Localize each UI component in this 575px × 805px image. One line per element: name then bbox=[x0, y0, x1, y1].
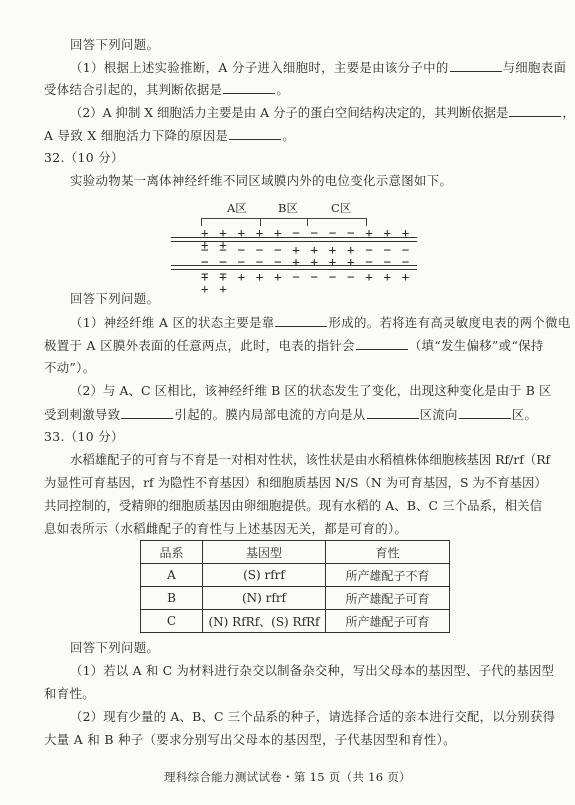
answer-blank[interactable] bbox=[450, 59, 502, 72]
question-32-2-line1: （2）与 A、C 区相比，该神经纤维 B 区的状态发生了变化，出现这种变化是由于… bbox=[70, 383, 554, 399]
answer-heading: 回答下列问题。 bbox=[70, 37, 554, 53]
exam-page: 回答下列问题。 （1）根据上述实验推断，A 分子进入细胞时，主要是由该分子中的与… bbox=[0, 0, 575, 805]
question-32-2-line2: 受到刺激导致引起的。膜内局部电流的方向是从区流向区。 bbox=[44, 406, 554, 423]
nerve-fiber-diagram: A区 B区 C区 + + + + + − − − − + + + + + − −… bbox=[165, 200, 420, 280]
text: 受体结合引起的，其判断依据是 bbox=[44, 82, 222, 97]
zone-b-label: B区 bbox=[278, 200, 298, 216]
text: 与细胞表面 bbox=[503, 60, 567, 75]
text: A 导致 X 细胞活力下降的原因是 bbox=[44, 128, 228, 143]
cell-fertility: 所产雄配子可育 bbox=[326, 610, 450, 633]
answer-blank[interactable] bbox=[509, 104, 561, 117]
text: 极置于 A 区膜外表面的任意两点，此时，电表的指针会 bbox=[44, 338, 355, 353]
question-33-2-line2: 大量 A 和 B 种子（要求分别写出父母本的基因型，子代基因型和育性）。 bbox=[44, 732, 554, 748]
answer-blank[interactable] bbox=[121, 406, 173, 419]
table-row: B (N) rfrf 所产雄配子可育 bbox=[141, 587, 450, 610]
question-32-number: 32.（10 分） bbox=[44, 150, 554, 166]
cell-genotype: (N) RfRf、(S) RfRf bbox=[203, 610, 326, 633]
question-31-2-line2: A 导致 X 细胞活力下降的原因是。 bbox=[44, 127, 554, 144]
cell-strain: B bbox=[141, 587, 203, 610]
text: ， bbox=[562, 105, 574, 120]
text: 受到刺激导致 bbox=[44, 407, 120, 422]
answer-blank[interactable] bbox=[459, 406, 511, 419]
answer-heading: 回答下列问题。 bbox=[70, 291, 554, 307]
cell-genotype: (S) rfrf bbox=[203, 564, 326, 587]
text: （2）A 抑制 X 细胞活力主要是由 A 分子的蛋白空间结构决定的，其判断依据是 bbox=[70, 105, 508, 120]
answer-blank[interactable] bbox=[223, 81, 275, 94]
question-33-1-line2: 和育性。 bbox=[44, 686, 554, 702]
page-footer: 理科综合能力测试试卷・第 15 页（共 16 页） bbox=[0, 769, 575, 785]
header-fertility: 育性 bbox=[326, 541, 450, 564]
question-32-1-line1: （1）神经纤维 A 区的状态主要是靠形成的。若将连有高灵敏度电表的两个微电 bbox=[70, 314, 554, 331]
header-strain: 品系 bbox=[141, 541, 203, 564]
text: 区。 bbox=[512, 407, 537, 422]
zone-a-label: A区 bbox=[227, 200, 247, 216]
table-row: A (S) rfrf 所产雄配子不育 bbox=[141, 564, 450, 587]
text: （1）根据上述实验推断，A 分子进入细胞时，主要是由该分子中的 bbox=[70, 60, 449, 75]
answer-heading: 回答下列问题。 bbox=[70, 640, 554, 656]
table-row: C (N) RfRf、(S) RfRf 所产雄配子可育 bbox=[141, 610, 450, 633]
text: 形成的。若将连有高灵敏度电表的两个微电 bbox=[328, 315, 570, 330]
question-33-para-line4: 息如表所示（水稻雌配子的育性与上述基因无关，都是可育的）。 bbox=[44, 521, 554, 537]
cell-fertility: 所产雄配子可育 bbox=[326, 587, 450, 610]
text: （1）神经纤维 A 区的状态主要是靠 bbox=[70, 315, 274, 330]
header-genotype: 基因型 bbox=[203, 541, 326, 564]
answer-blank[interactable] bbox=[356, 337, 408, 350]
answer-blank[interactable] bbox=[367, 406, 419, 419]
text: 。 bbox=[276, 82, 289, 97]
cell-strain: C bbox=[141, 610, 203, 633]
text: 。 bbox=[282, 128, 295, 143]
answer-blank[interactable] bbox=[275, 314, 327, 327]
cell-genotype: (N) rfrf bbox=[203, 587, 326, 610]
question-32-1-line3: 不动”）。 bbox=[44, 360, 554, 376]
question-33-para-line3: 共同控制的，受精卵的细胞质基因由卵细胞提供。现有水稻的 A、B、C 三个品系，相… bbox=[44, 498, 554, 514]
genotype-table: 品系 基因型 育性 A (S) rfrf 所产雄配子不育 B (N) rfrf … bbox=[140, 540, 450, 633]
cell-strain: A bbox=[141, 564, 203, 587]
question-33-para-line1: 水稻雄配子的可育与不育是一对相对性状，该性状是由水稻植株体细胞核基因 Rf/rf… bbox=[70, 452, 554, 468]
text: 引起的。膜内局部电流的方向是从 bbox=[174, 407, 365, 422]
answer-blank[interactable] bbox=[229, 127, 281, 140]
text: 区流向 bbox=[420, 407, 458, 422]
question-33-number: 33.（10 分） bbox=[44, 429, 554, 445]
question-33-1-line1: （1）若以 A 和 C 为材料进行杂交以制备杂交种，写出父母本的基因型、子代的基… bbox=[70, 663, 554, 679]
question-33-para-line2: 为显性可育基因，rf 为隐性不育基因）和细胞质基因 N/S（N 为可育基因，S … bbox=[44, 475, 554, 491]
question-32-1-line2: 极置于 A 区膜外表面的任意两点，此时，电表的指针会（填“发生偏移”或“保持 bbox=[44, 337, 554, 354]
question-32-intro: 实验动物某一离体神经纤维不同区域膜内外的电位变化示意图如下。 bbox=[70, 173, 554, 189]
text: （填“发生偏移”或“保持 bbox=[409, 338, 544, 353]
cell-fertility: 所产雄配子不育 bbox=[326, 564, 450, 587]
question-31-2-line1: （2）A 抑制 X 细胞活力主要是由 A 分子的蛋白空间结构决定的，其判断依据是… bbox=[70, 104, 554, 121]
zone-c-label: C区 bbox=[331, 200, 351, 216]
table-header-row: 品系 基因型 育性 bbox=[141, 541, 450, 564]
question-31-1-line2: 受体结合引起的，其判断依据是。 bbox=[44, 81, 554, 98]
question-33-2-line1: （2）现有少量的 A、B、C 三个品系的种子，请选择合适的亲本进行交配，以分别获… bbox=[70, 709, 554, 725]
question-31-1-line1: （1）根据上述实验推断，A 分子进入细胞时，主要是由该分子中的与细胞表面 bbox=[70, 59, 554, 76]
